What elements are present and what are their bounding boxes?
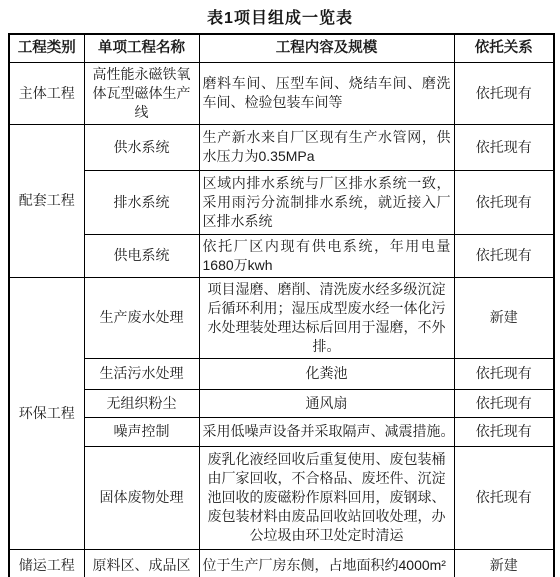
header-project-name: 单项工程名称: [84, 34, 199, 62]
header-project-category: 工程类别: [9, 34, 84, 62]
content-cell: 区域内排水系统与厂区排水系统一致，采用雨污分流制排水系统，就近接入厂区排水系统: [199, 170, 454, 234]
content-cell: 磨料车间、压型车间、烧结车间、磨洗车间、检验包装车间等: [199, 62, 454, 124]
table-row: 生活污水处理 化粪池 依托现有: [9, 358, 554, 389]
table-row: 供电系统 依托厂区内现有供电系统，年用电量1680万kwh 依托现有: [9, 234, 554, 277]
table-row: 排水系统 区域内排水系统与厂区排水系统一致，采用雨污分流制排水系统，就近接入厂区…: [9, 170, 554, 234]
table-row: 噪声控制 采用低噪声设备并采取隔声、减震措施。 依托现有: [9, 417, 554, 446]
project-name-cell: 固体废物处理: [84, 446, 199, 549]
relation-cell: 依托现有: [454, 389, 554, 417]
category-cell-storage-transport-project: 储运工程: [9, 549, 84, 577]
relation-cell: 依托现有: [454, 170, 554, 234]
table-row: 环保工程 生产废水处理 项目湿磨、磨削、清洗废水经多级沉淀后循环利用；湿压成型废…: [9, 277, 554, 358]
relation-cell: 依托现有: [454, 62, 554, 124]
project-name-cell: 高性能永磁铁氧体瓦型磁体生产线: [84, 62, 199, 124]
table-title: 表1项目组成一览表: [0, 5, 560, 28]
table-row: 储运工程 原料区、成品区 位于生产厂房东侧，占地面积约4000m² 新建: [9, 549, 554, 577]
project-name-cell: 生活污水处理: [84, 358, 199, 389]
content-cell: 项目湿磨、磨削、清洗废水经多级沉淀后循环利用；湿压成型废水经一体化污水处理装处理…: [199, 277, 454, 358]
project-name-cell: 供水系统: [84, 124, 199, 170]
category-cell-environmental-project: 环保工程: [9, 277, 84, 549]
project-name-cell: 原料区、成品区: [84, 549, 199, 577]
relation-cell: 依托现有: [454, 358, 554, 389]
project-name-cell: 无组织粉尘: [84, 389, 199, 417]
content-cell: 废乳化液经回收后重复使用、废包装桶由厂家回收，不合格品、废坯件、沉淀池回收的废磁…: [199, 446, 454, 549]
content-cell: 生产新水来自厂区现有生产水管网，供水压力为0.35MPa: [199, 124, 454, 170]
header-content-scale: 工程内容及规模: [199, 34, 454, 62]
project-name-cell: 生产废水处理: [84, 277, 199, 358]
table-row: 配套工程 供水系统 生产新水来自厂区现有生产水管网，供水压力为0.35MPa 依…: [9, 124, 554, 170]
project-name-cell: 供电系统: [84, 234, 199, 277]
relation-cell: 依托现有: [454, 417, 554, 446]
content-cell: 位于生产厂房东侧，占地面积约4000m²: [199, 549, 454, 577]
relation-cell: 新建: [454, 277, 554, 358]
project-composition-table: 工程类别 单项工程名称 工程内容及规模 依托关系 主体工程 高性能永磁铁氧体瓦型…: [8, 33, 555, 577]
content-cell: 化粪池: [199, 358, 454, 389]
relation-cell: 依托现有: [454, 446, 554, 549]
table-row: 主体工程 高性能永磁铁氧体瓦型磁体生产线 磨料车间、压型车间、烧结车间、磨洗车间…: [9, 62, 554, 124]
table-row: 固体废物处理 废乳化液经回收后重复使用、废包装桶由厂家回收，不合格品、废坯件、沉…: [9, 446, 554, 549]
content-cell: 依托厂区内现有供电系统，年用电量1680万kwh: [199, 234, 454, 277]
header-relation: 依托关系: [454, 34, 554, 62]
relation-cell: 依托现有: [454, 124, 554, 170]
project-name-cell: 噪声控制: [84, 417, 199, 446]
category-cell-supporting-project: 配套工程: [9, 124, 84, 277]
project-name-cell: 排水系统: [84, 170, 199, 234]
relation-cell: 新建: [454, 549, 554, 577]
table-row: 无组织粉尘 通风扇 依托现有: [9, 389, 554, 417]
document-page: 表1项目组成一览表 工程类别 单项工程名称 工程内容及规模 依托关系 主体工程 …: [0, 0, 560, 577]
header-row: 工程类别 单项工程名称 工程内容及规模 依托关系: [9, 34, 554, 62]
content-cell: 采用低噪声设备并采取隔声、减震措施。: [199, 417, 454, 446]
relation-cell: 依托现有: [454, 234, 554, 277]
category-cell-main-project: 主体工程: [9, 62, 84, 124]
content-cell: 通风扇: [199, 389, 454, 417]
